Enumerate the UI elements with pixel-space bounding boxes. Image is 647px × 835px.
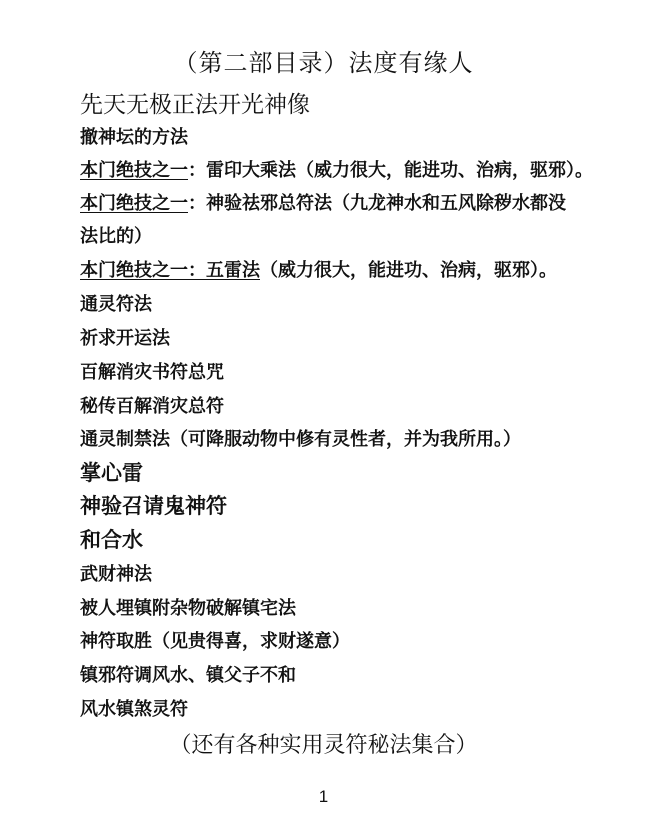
toc-item: 武财神法 — [80, 560, 152, 586]
page-title: （第二部目录）法度有缘人 — [0, 48, 647, 78]
toc-item: 先天无极正法开光神像 — [80, 86, 310, 119]
toc-item: 通灵制禁法（可降服动物中修有灵性者，并为我所用。） — [80, 425, 521, 451]
toc-item: 百解消灾书符总咒 — [80, 358, 224, 384]
page-number: 1 — [0, 787, 647, 807]
toc-item: 和合水 — [80, 524, 143, 554]
toc-item: 通灵符法 — [80, 290, 152, 316]
toc-item: 被人埋镇附杂物破解镇宅法 — [80, 594, 296, 620]
toc-item-separator: ： — [188, 193, 206, 214]
toc-item-separator: ： — [188, 160, 206, 181]
toc-item: 本门绝技之一：神验祛邪总符法（九龙神水和五风除秽水都没 — [80, 189, 566, 215]
toc-item: 神验召请鬼神符 — [80, 490, 227, 520]
toc-item: 本门绝技之一：五雷法（威力很大，能进功、治病，驱邪）。 — [80, 256, 557, 282]
toc-item-text: 雷印大乘法（威力很大，能进功、治病，驱邪）。 — [206, 160, 593, 181]
toc-item: 风水镇煞灵符 — [80, 695, 188, 721]
toc-item-continuation: 法比的） — [80, 222, 152, 248]
toc-item: 撤神坛的方法 — [80, 123, 188, 149]
toc-item-underlined: 五雷法 — [206, 260, 260, 281]
toc-item-text: 神验祛邪总符法（九龙神水和五风除秽水都没 — [206, 193, 566, 214]
toc-item-prefix: 本门绝技之一 — [80, 160, 188, 181]
toc-item: 祈求开运法 — [80, 324, 170, 350]
toc-item-separator: ： — [188, 260, 206, 281]
toc-item: 神符取胜（见贵得喜，求财遂意） — [80, 627, 350, 653]
toc-item: 镇邪符调风水、镇父子不和 — [80, 661, 296, 687]
toc-item-text: （威力很大，能进功、治病，驱邪）。 — [260, 260, 557, 281]
toc-item: 秘传百解消灾总符 — [80, 392, 224, 418]
toc-item: 掌心雷 — [80, 457, 143, 487]
document-page: （第二部目录）法度有缘人 先天无极正法开光神像 撤神坛的方法 本门绝技之一：雷印… — [0, 0, 647, 835]
toc-item-prefix: 本门绝技之一 — [80, 193, 188, 214]
footer-note: （还有各种实用灵符秘法集合） — [0, 728, 647, 759]
toc-item-prefix: 本门绝技之一 — [80, 260, 188, 281]
toc-item: 本门绝技之一：雷印大乘法（威力很大，能进功、治病，驱邪）。 — [80, 156, 593, 182]
